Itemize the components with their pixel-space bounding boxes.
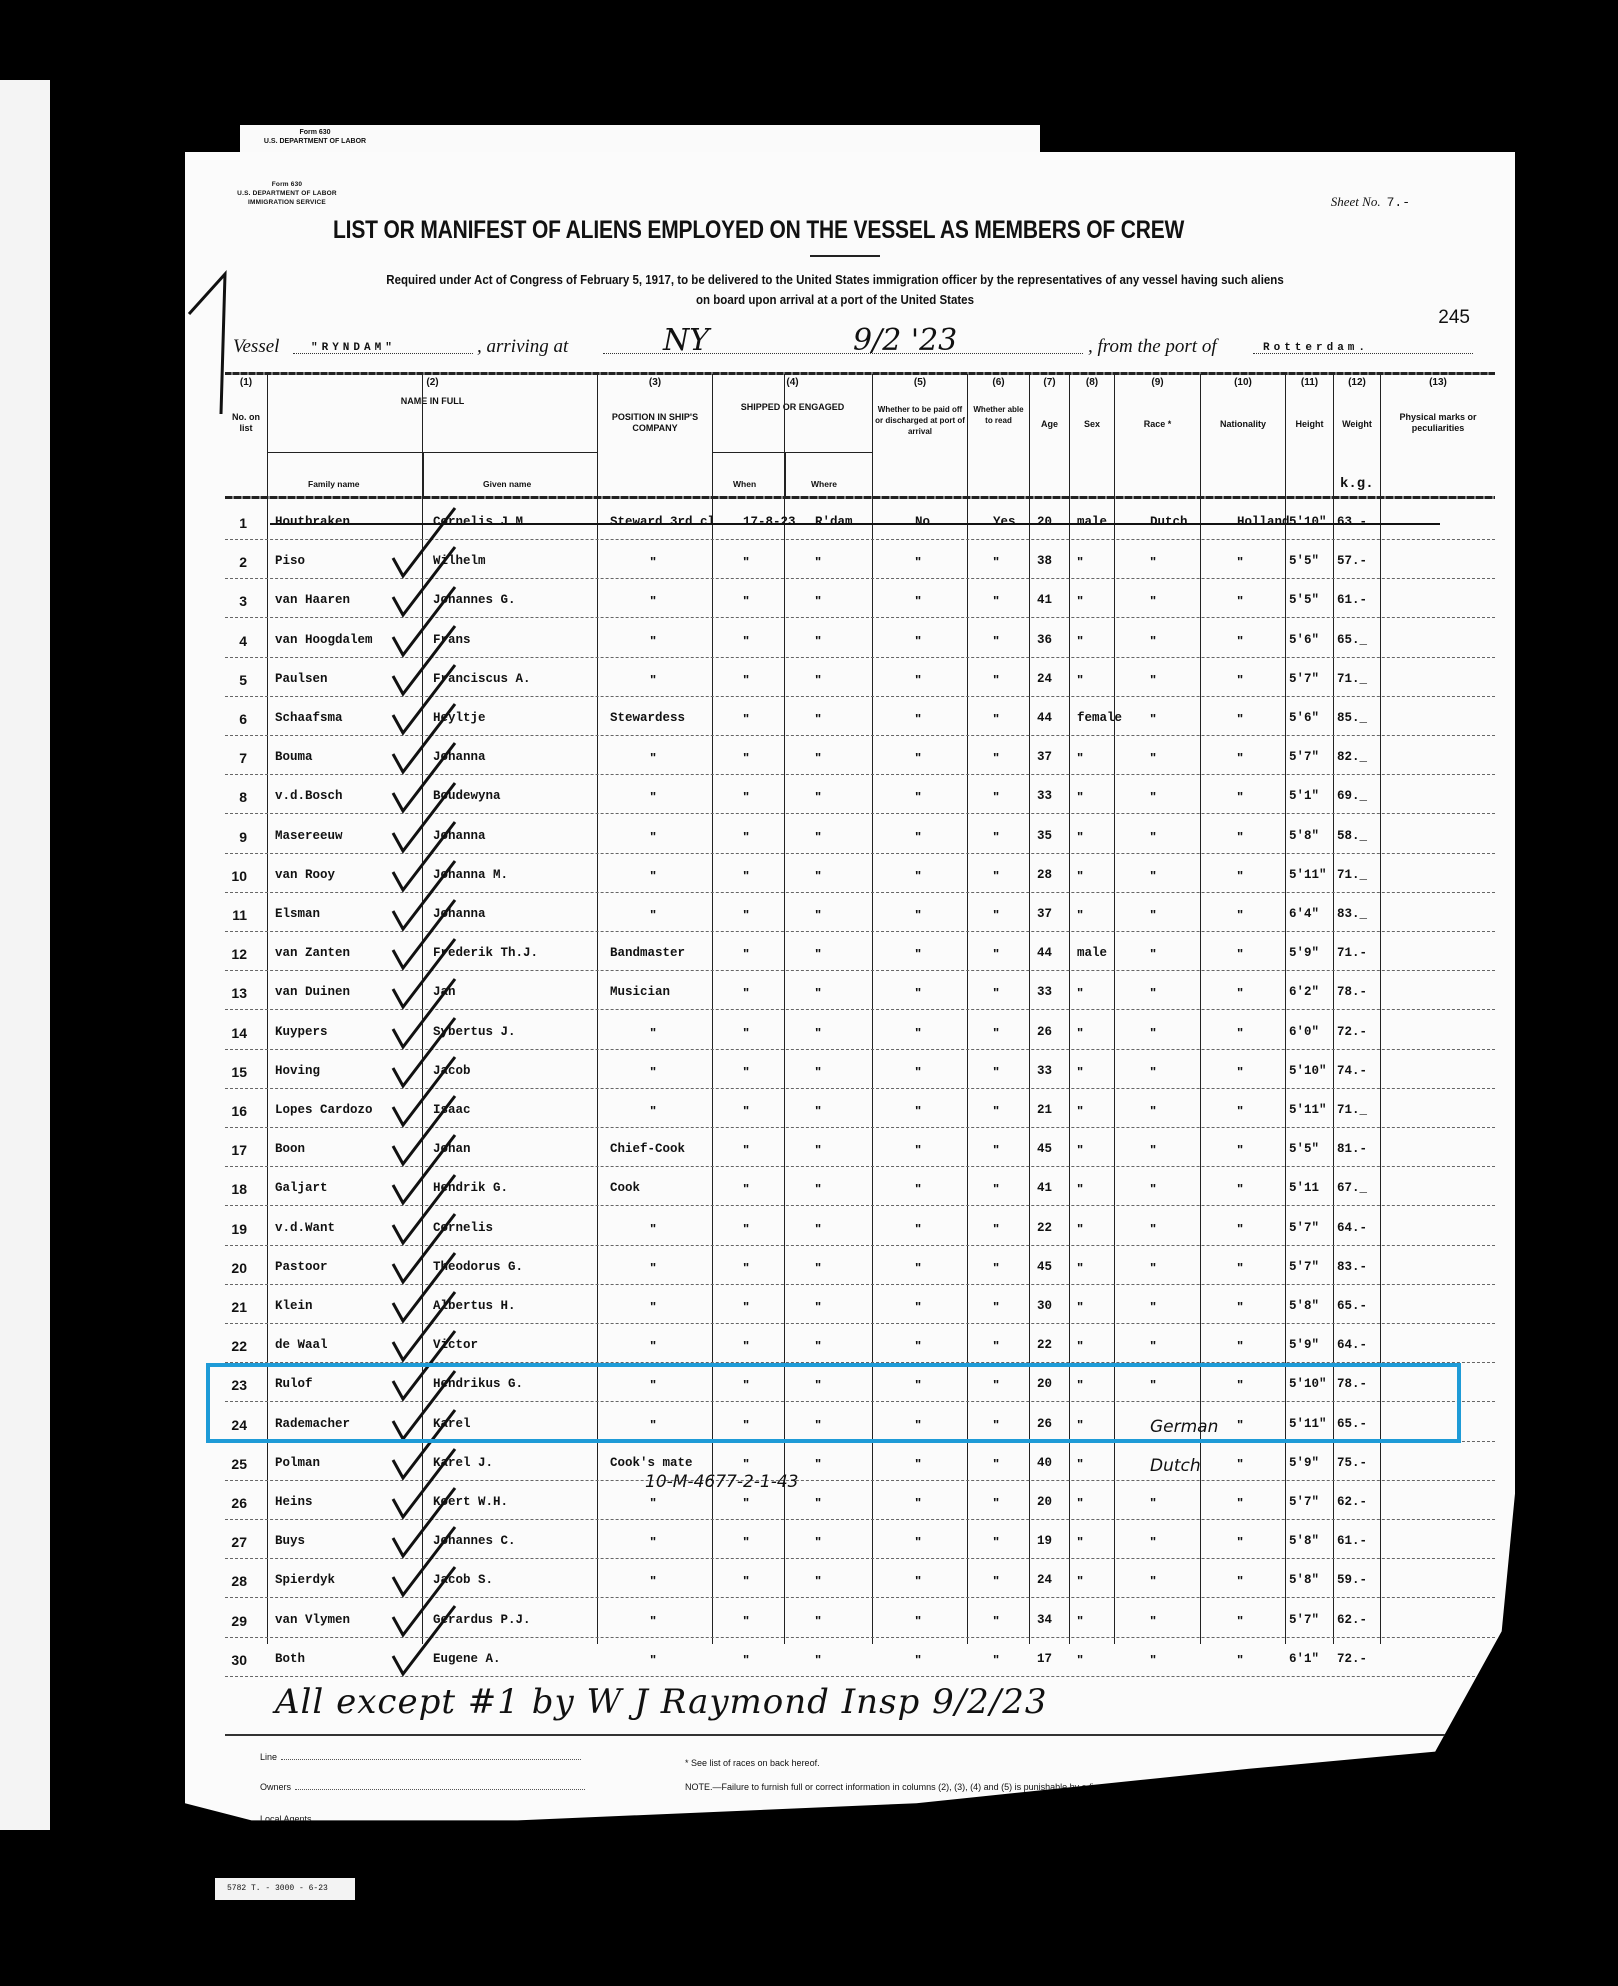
cell-nationality: " <box>1237 1103 1243 1118</box>
cell-age: 33 <box>1037 789 1052 803</box>
cell-age: 17 <box>1037 1652 1052 1666</box>
cell-when: " <box>743 1456 749 1471</box>
cell-paid-off: " <box>915 1181 921 1196</box>
cell-read: " <box>993 1613 999 1628</box>
cell-race: " <box>1150 1573 1156 1588</box>
cell-nationality: " <box>1237 985 1243 1000</box>
cell-paid-off: No <box>915 515 930 529</box>
cell-position: " <box>650 1573 656 1588</box>
page-title: LIST OR MANIFEST OF ALIENS EMPLOYED ON T… <box>333 216 1257 245</box>
cell-weight: 57.- <box>1337 554 1367 568</box>
cell-paid-off: " <box>915 554 921 569</box>
cell-position: " <box>650 1221 656 1236</box>
cell-nationality: " <box>1237 1613 1243 1628</box>
cell-where: " <box>815 829 821 844</box>
cell-paid-off: " <box>915 1103 921 1118</box>
cell-height: 6'2" <box>1289 985 1319 999</box>
cell-family: van Vlymen <box>275 1613 350 1627</box>
cell-family: Galjart <box>275 1181 328 1195</box>
cell-where: " <box>815 1260 821 1275</box>
table-row: 30BothEugene A."""""17"""6'1"72.- <box>225 1638 1495 1677</box>
cell-age: 45 <box>1037 1260 1052 1274</box>
cell-family: Elsman <box>275 907 320 921</box>
cell-where: " <box>815 789 821 804</box>
cell-where: " <box>815 750 821 765</box>
cell-weight: 61.- <box>1337 1534 1367 1548</box>
cell-family: Bouma <box>275 750 313 764</box>
cell-nationality: " <box>1237 1573 1243 1588</box>
row-highlight-box <box>206 1363 1461 1443</box>
cell-where: " <box>815 1613 821 1628</box>
cell-nationality: " <box>1237 946 1243 961</box>
cell-no: 10 <box>225 868 247 884</box>
cell-race: " <box>1150 1181 1156 1196</box>
cell-sex: male <box>1077 515 1107 529</box>
cell-no: 8 <box>225 789 247 805</box>
cell-height: 5'7" <box>1289 1260 1319 1274</box>
cell-height: 5'5" <box>1289 593 1319 607</box>
cell-when: " <box>743 1142 749 1157</box>
cell-sex: " <box>1077 1338 1083 1353</box>
cell-age: 20 <box>1037 1495 1052 1509</box>
cell-nationality: " <box>1237 711 1243 726</box>
col-shipped: (4)SHIPPED OR ENGAGED When Where <box>712 374 872 496</box>
cell-family: Klein <box>275 1299 313 1313</box>
cell-age: 37 <box>1037 907 1052 921</box>
manifest-sheet: Form 630 U.S. DEPARTMENT OF LABOR IMMIGR… <box>185 152 1515 1872</box>
cell-position: Chief-Cook <box>610 1142 685 1156</box>
cell-sex: " <box>1077 750 1083 765</box>
cell-no: 16 <box>225 1103 247 1119</box>
cell-height: 5'10" <box>1289 1064 1327 1078</box>
cell-nationality: " <box>1237 789 1243 804</box>
cell-when: " <box>743 1260 749 1275</box>
cell-when: " <box>743 1025 749 1040</box>
cell-read: " <box>993 593 999 608</box>
cell-height: 5'7" <box>1289 1495 1319 1509</box>
print-stub: 5782 T. - 3000 - 6-23 <box>215 1878 355 1900</box>
cell-when: " <box>743 1338 749 1353</box>
cell-paid-off: " <box>915 868 921 883</box>
arrival-date: 9/2 '23 <box>853 323 957 358</box>
cell-sex: " <box>1077 829 1083 844</box>
cell-height: 5'6" <box>1289 633 1319 647</box>
cell-nationality: " <box>1237 1338 1243 1353</box>
cell-race: " <box>1150 593 1156 608</box>
cell-nationality: " <box>1237 750 1243 765</box>
cell-age: 41 <box>1037 1181 1052 1195</box>
cell-position: Cook's mate <box>610 1456 693 1470</box>
cell-read: " <box>993 672 999 687</box>
col-paid-off: (5)Whether to be paid off or discharged … <box>872 374 967 496</box>
cell-read: " <box>993 985 999 1000</box>
cell-when: " <box>743 1299 749 1314</box>
cell-sex: " <box>1077 868 1083 883</box>
cell-paid-off: " <box>915 1299 921 1314</box>
cell-nationality: " <box>1237 868 1243 883</box>
cell-age: 35 <box>1037 829 1052 843</box>
cell-age: 22 <box>1037 1221 1052 1235</box>
cell-family: v.d.Want <box>275 1221 335 1235</box>
cell-position: " <box>650 672 656 687</box>
cell-weight: 81.- <box>1337 1142 1367 1156</box>
cell-race: " <box>1150 554 1156 569</box>
cell-read: " <box>993 633 999 648</box>
cell-age: 24 <box>1037 1573 1052 1587</box>
cell-no: 3 <box>225 593 247 609</box>
cell-when: " <box>743 1534 749 1549</box>
cell-paid-off: " <box>915 1142 921 1157</box>
cell-where: " <box>815 1338 821 1353</box>
cell-weight: 69._ <box>1337 789 1367 803</box>
cell-race: " <box>1150 907 1156 922</box>
cell-no: 21 <box>225 1299 247 1315</box>
cell-weight: 74.- <box>1337 1064 1367 1078</box>
cell-family: Pastoor <box>275 1260 328 1274</box>
cell-when: " <box>743 829 749 844</box>
cell-when: " <box>743 750 749 765</box>
cell-sex: " <box>1077 1613 1083 1628</box>
cell-no: 13 <box>225 985 247 1001</box>
cell-nationality: Holland <box>1237 515 1290 529</box>
cell-position: " <box>650 1338 656 1353</box>
cell-position: " <box>650 633 656 648</box>
cell-age: 22 <box>1037 1338 1052 1352</box>
cell-height: 5'11" <box>1289 1103 1327 1117</box>
cell-where: " <box>815 1064 821 1079</box>
checkmark-icon <box>385 1616 465 1676</box>
cell-paid-off: " <box>915 1652 921 1667</box>
cell-race: " <box>1150 633 1156 648</box>
cell-sex: female <box>1077 711 1122 725</box>
scan-background <box>50 80 85 1840</box>
vessel-info: Vessel "RYNDAM" , arriving at NY 9/2 '23… <box>233 320 1473 360</box>
cell-no: 1 <box>225 515 247 531</box>
cell-family: van Hoogdalem <box>275 633 373 647</box>
cell-where: " <box>815 1456 821 1471</box>
cell-paid-off: " <box>915 1025 921 1040</box>
cell-where: " <box>815 672 821 687</box>
cell-paid-off: " <box>915 1338 921 1353</box>
cell-nationality: " <box>1237 1534 1243 1549</box>
cell-no: 27 <box>225 1534 247 1550</box>
cell-read: " <box>993 1338 999 1353</box>
cell-when: " <box>743 1495 749 1510</box>
cell-paid-off: " <box>915 593 921 608</box>
cell-read: " <box>993 1142 999 1157</box>
cell-position: " <box>650 1299 656 1314</box>
cell-read: " <box>993 789 999 804</box>
cell-read: " <box>993 1495 999 1510</box>
cell-race: " <box>1150 1103 1156 1118</box>
cell-race: " <box>1150 829 1156 844</box>
cell-nationality: " <box>1237 829 1243 844</box>
cell-read: " <box>993 1103 999 1118</box>
cell-race: " <box>1150 1495 1156 1510</box>
cell-where: " <box>815 1299 821 1314</box>
table-header: (1)No. on list (2)NAME IN FULL Family na… <box>225 374 1470 496</box>
cell-no: 5 <box>225 672 247 688</box>
cell-race: " <box>1150 1260 1156 1275</box>
cell-no: 19 <box>225 1221 247 1237</box>
cell-no: 4 <box>225 633 247 649</box>
cell-weight: 65._ <box>1337 633 1367 647</box>
cell-read: " <box>993 1025 999 1040</box>
col-weight: (12)Weightk.g. <box>1333 374 1380 496</box>
cell-family: van Zanten <box>275 946 350 960</box>
cell-where: " <box>815 985 821 1000</box>
cell-nationality: " <box>1237 1064 1243 1079</box>
cell-height: 5'10" <box>1289 515 1327 529</box>
cell-paid-off: " <box>915 1221 921 1236</box>
cell-age: 36 <box>1037 633 1052 647</box>
cell-paid-off: " <box>915 789 921 804</box>
cell-when: " <box>743 1103 749 1118</box>
cell-sex: " <box>1077 1495 1083 1510</box>
cell-position: " <box>650 1260 656 1275</box>
cell-family: Masereeuw <box>275 829 343 843</box>
cell-sex: " <box>1077 1456 1083 1471</box>
cell-where: " <box>815 1025 821 1040</box>
cell-no: 17 <box>225 1142 247 1158</box>
cell-race: " <box>1150 1025 1156 1040</box>
cell-paid-off: " <box>915 1260 921 1275</box>
cell-no: 12 <box>225 946 247 962</box>
cell-when: " <box>743 985 749 1000</box>
cell-no: 14 <box>225 1025 247 1041</box>
cell-nationality: " <box>1237 633 1243 648</box>
cell-read: " <box>993 711 999 726</box>
cell-sex: " <box>1077 554 1083 569</box>
cell-sex: " <box>1077 593 1083 608</box>
cell-weight: 59.- <box>1337 1573 1367 1587</box>
cell-height: 5'7" <box>1289 672 1319 686</box>
cell-race: " <box>1150 789 1156 804</box>
cell-family: van Duinen <box>275 985 350 999</box>
cell-weight: 67._ <box>1337 1181 1367 1195</box>
cell-age: 33 <box>1037 985 1052 999</box>
cell-read: " <box>993 1221 999 1236</box>
cell-height: 5'9" <box>1289 1456 1319 1470</box>
cell-position: " <box>650 1534 656 1549</box>
cell-age: 30 <box>1037 1299 1052 1313</box>
cell-where: " <box>815 1142 821 1157</box>
cell-sex: " <box>1077 1534 1083 1549</box>
cell-family: Paulsen <box>275 672 328 686</box>
cell-family: van Haaren <box>275 593 350 607</box>
cell-nationality: " <box>1237 672 1243 687</box>
cell-when: " <box>743 946 749 961</box>
cell-family: Spierdyk <box>275 1573 335 1587</box>
departure-port: Rotterdam. <box>1263 342 1369 354</box>
cell-no: 6 <box>225 711 247 727</box>
sheet-number: Sheet No.7.- <box>1331 194 1410 210</box>
cell-no: 18 <box>225 1181 247 1197</box>
cell-age: 19 <box>1037 1534 1052 1548</box>
cell-paid-off: " <box>915 750 921 765</box>
cell-when: " <box>743 593 749 608</box>
col-sex: (8)Sex <box>1069 374 1114 496</box>
cell-age: 38 <box>1037 554 1052 568</box>
cell-nationality: " <box>1237 907 1243 922</box>
cell-where: " <box>815 711 821 726</box>
cell-where: " <box>815 1495 821 1510</box>
cell-age: 34 <box>1037 1613 1052 1627</box>
arrival-port: NY <box>663 323 709 358</box>
cell-nationality: " <box>1237 1456 1243 1471</box>
col-name: (2)NAME IN FULL Family name Given name <box>267 374 597 496</box>
cell-age: 26 <box>1037 1025 1052 1039</box>
cell-where: " <box>815 946 821 961</box>
cell-no: 2 <box>225 554 247 570</box>
cell-where: R'dam <box>815 515 853 529</box>
cell-paid-off: " <box>915 1534 921 1549</box>
cell-family: Piso <box>275 554 305 568</box>
cell-height: 6'0" <box>1289 1025 1319 1039</box>
cell-position: Bandmaster <box>610 946 685 960</box>
cell-family: de Waal <box>275 1338 328 1352</box>
cell-where: " <box>815 554 821 569</box>
cell-where: " <box>815 1652 821 1667</box>
cell-family: Polman <box>275 1456 320 1470</box>
cell-where: " <box>815 868 821 883</box>
cell-no: 11 <box>225 907 247 923</box>
cell-weight: 64.- <box>1337 1221 1367 1235</box>
cell-race: " <box>1150 672 1156 687</box>
cell-nationality: " <box>1237 1181 1243 1196</box>
cell-position: " <box>650 1025 656 1040</box>
cell-no: 30 <box>225 1652 247 1668</box>
cell-weight: 58._ <box>1337 829 1367 843</box>
cell-height: 5'5" <box>1289 554 1319 568</box>
cell-height: 6'1" <box>1289 1652 1319 1666</box>
col-height: (11)Height <box>1285 374 1333 496</box>
cell-height: 5'8" <box>1289 829 1319 843</box>
requirement-text: Required under Act of Congress of Februa… <box>292 270 1378 310</box>
cell-height: 5'6" <box>1289 711 1319 725</box>
cell-weight: 75.- <box>1337 1456 1367 1470</box>
cell-position: " <box>650 1103 656 1118</box>
title-underline <box>810 255 880 257</box>
cell-weight: 63.- <box>1337 515 1367 529</box>
cell-read: " <box>993 1299 999 1314</box>
cell-race: " <box>1150 946 1156 961</box>
cell-read: " <box>993 1652 999 1667</box>
cell-age: 41 <box>1037 593 1052 607</box>
cell-race: " <box>1150 711 1156 726</box>
cell-paid-off: " <box>915 1064 921 1079</box>
cell-when: " <box>743 672 749 687</box>
form-header-back: Form 630 U.S. DEPARTMENT OF LABOR <box>240 128 390 146</box>
cell-sex: " <box>1077 1299 1083 1314</box>
cell-weight: 65.- <box>1337 1299 1367 1313</box>
cell-when: " <box>743 1221 749 1236</box>
cell-height: 5'8" <box>1289 1299 1319 1313</box>
cell-weight: 83.- <box>1337 1260 1367 1274</box>
cell-paid-off: " <box>915 1613 921 1628</box>
cell-race: " <box>1150 1534 1156 1549</box>
cell-sex: " <box>1077 1573 1083 1588</box>
adjacent-page-scrap <box>0 80 50 1830</box>
cell-age: 24 <box>1037 672 1052 686</box>
form-header: Form 630 U.S. DEPARTMENT OF LABOR IMMIGR… <box>207 180 367 207</box>
cell-when: " <box>743 789 749 804</box>
cell-race: " <box>1150 1613 1156 1628</box>
cell-height: 5'9" <box>1289 1338 1319 1352</box>
cell-read: " <box>993 554 999 569</box>
cell-no: 15 <box>225 1064 247 1080</box>
cell-family: Buys <box>275 1534 305 1548</box>
cell-race: Dutch <box>1150 1456 1201 1476</box>
cell-no: 9 <box>225 829 247 845</box>
cell-race: " <box>1150 868 1156 883</box>
cell-where: " <box>815 1181 821 1196</box>
vessel-name: "RYNDAM" <box>311 342 396 354</box>
cell-weight: 71.- <box>1337 946 1367 960</box>
cell-sex: male <box>1077 946 1107 960</box>
cell-nationality: " <box>1237 1299 1243 1314</box>
cell-weight: 71._ <box>1337 868 1367 882</box>
cell-where: " <box>815 1573 821 1588</box>
cell-age: 21 <box>1037 1103 1052 1117</box>
cell-height: 6'4" <box>1289 907 1319 921</box>
cell-family: Hoving <box>275 1064 320 1078</box>
cell-paid-off: " <box>915 633 921 648</box>
col-race: (9)Race * <box>1114 374 1200 496</box>
cell-position: " <box>650 789 656 804</box>
cell-read: " <box>993 1260 999 1275</box>
cell-height: 5'7" <box>1289 1221 1319 1235</box>
cell-no: 28 <box>225 1573 247 1589</box>
cell-sex: " <box>1077 1652 1083 1667</box>
cell-weight: 62.- <box>1337 1613 1367 1627</box>
cell-position: " <box>650 1652 656 1667</box>
cell-when: 17-8-23 <box>743 515 796 529</box>
cell-nationality: " <box>1237 1652 1243 1667</box>
cell-paid-off: " <box>915 711 921 726</box>
cell-position: " <box>650 1064 656 1079</box>
cell-race: " <box>1150 1142 1156 1157</box>
cell-when: " <box>743 554 749 569</box>
cell-where: " <box>815 633 821 648</box>
cell-sex: " <box>1077 907 1083 922</box>
cell-height: 5'11" <box>1289 868 1327 882</box>
cell-read: Yes <box>993 515 1016 529</box>
cell-when: " <box>743 711 749 726</box>
cell-sex: " <box>1077 633 1083 648</box>
cell-where: " <box>815 1103 821 1118</box>
cell-where: " <box>815 907 821 922</box>
cell-position: " <box>650 1495 656 1510</box>
cell-race: " <box>1150 1338 1156 1353</box>
cell-height: 5'7" <box>1289 1613 1319 1627</box>
cell-age: 44 <box>1037 946 1052 960</box>
cell-age: 44 <box>1037 711 1052 725</box>
cell-paid-off: " <box>915 1495 921 1510</box>
cell-read: " <box>993 1456 999 1471</box>
cell-height: 5'8" <box>1289 1573 1319 1587</box>
cell-paid-off: " <box>915 985 921 1000</box>
inspector-certification: All except #1 by W J Raymond Insp 9/2/23 <box>275 1682 1048 1722</box>
cell-weight: 83._ <box>1337 907 1367 921</box>
cell-weight: 72.- <box>1337 1025 1367 1039</box>
cell-weight: 72.- <box>1337 1652 1367 1666</box>
cell-height: 5'5" <box>1289 1142 1319 1156</box>
cell-height: 5'11 <box>1289 1181 1319 1195</box>
cell-family: Schaafsma <box>275 711 343 725</box>
col-position: (3)POSITION IN SHIP'S COMPANY <box>597 374 712 496</box>
cell-sex: " <box>1077 672 1083 687</box>
